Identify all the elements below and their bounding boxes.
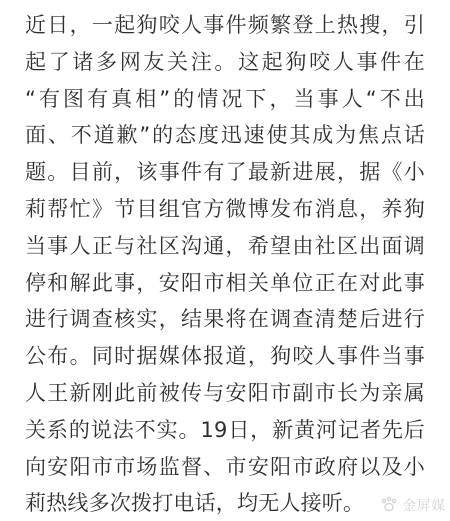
article-line: 向安阳市市场监督、市安阳市政府以及小 — [25, 449, 425, 486]
article-line: 莉热线多次拨打电话，均无人接听。 — [25, 485, 425, 521]
article-line: 起了诸多网友关注。这起狗咬人事件在 — [25, 44, 425, 81]
article-page: 近日，一起狗咬人事件频繁登上热搜，引 起了诸多网友关注。这起狗咬人事件在 “有图… — [0, 0, 450, 521]
article-line: 人王新刚此前被传与安阳市副市长为亲属 — [25, 375, 425, 412]
watermark-paw-logo-icon — [379, 496, 399, 512]
article-body: 近日，一起狗咬人事件频繁登上热搜，引 起了诸多网友关注。这起狗咬人事件在 “有图… — [0, 0, 450, 521]
article-line: 进行调查核实，结果将在调查清楚后进行 — [25, 301, 425, 338]
article-line: “有图有真相”的情况下，当事人“不出 — [25, 81, 425, 118]
watermark-label: 金屏媒 — [403, 494, 447, 514]
article-line: 关系的说法不实。19日，新黄河记者先后 — [25, 412, 425, 449]
watermark: 金屏媒 — [379, 494, 447, 514]
article-line: 近日，一起狗咬人事件频繁登上热搜，引 — [25, 7, 425, 44]
article-line: 公布。同时据媒体报道，狗咬人事件当事 — [25, 338, 425, 375]
article-line: 当事人正与社区沟通，希望由社区出面调 — [25, 228, 425, 265]
article-line: 面、不道歉”的态度迅速使其成为焦点话 — [25, 117, 425, 154]
article-line: 题。目前，该事件有了最新进展，据《小 — [25, 154, 425, 191]
article-line: 莉帮忙》节目组官方微博发布消息，养狗 — [25, 191, 425, 228]
article-line: 停和解此事，安阳市相关单位正在对此事 — [25, 265, 425, 302]
